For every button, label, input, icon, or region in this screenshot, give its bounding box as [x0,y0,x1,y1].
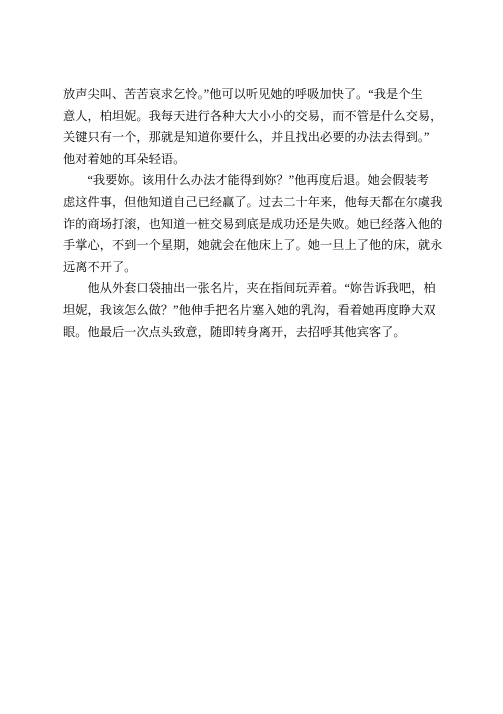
paragraph-2: “我要妳。该用什么办法才能得到妳？”他再度后退。她会假装考 虑这件事，但他知道自… [63,170,445,278]
text-line: “我要妳。该用什么办法才能得到妳？”他再度后退。她会假装考 [63,170,445,192]
text-line: 他从外套口袋抽出一张名片，夹在指间玩弄着。“妳告诉我吧，柏 [63,278,445,300]
text-line: 手掌心，不到一个星期，她就会在他床上了。她一旦上了他的床，就永 [63,235,445,257]
text-line: 坦妮，我该怎么做？”他伸手把名片塞入她的乳沟，看着她再度睁大双 [63,300,445,322]
text-line: 关键只有一个，那就是知道你要什么，并且找出必要的办法去得到。” [63,127,445,149]
text-line: 诈的商场打滚，也知道一桩交易到底是成功还是失败。她已经落入他的 [63,214,445,236]
paragraph-1: 放声尖叫、苦苦哀求乞怜。”他可以听见她的呼吸加快了。“我是个生 意人，柏坦妮。我… [63,84,445,170]
text-line: 意人，柏坦妮。我每天进行各种大大小小的交易，而不管是什么交易， [63,106,445,128]
text-block: 放声尖叫、苦苦哀求乞怜。”他可以听见她的呼吸加快了。“我是个生 意人，柏坦妮。我… [63,84,445,343]
text-line: 放声尖叫、苦苦哀求乞怜。”他可以听见她的呼吸加快了。“我是个生 [63,84,445,106]
text-line: 他对着她的耳朵轻语。 [63,149,445,171]
text-line: 远离不开了。 [63,257,445,279]
paragraph-3: 他从外套口袋抽出一张名片，夹在指间玩弄着。“妳告诉我吧，柏 坦妮，我该怎么做？”… [63,278,445,343]
document-page: 放声尖叫、苦苦哀求乞怜。”他可以听见她的呼吸加快了。“我是个生 意人，柏坦妮。我… [0,0,503,714]
text-line: 眼。他最后一次点头致意，随即转身离开，去招呼其他宾客了。 [63,322,445,344]
text-line: 虑这件事，但他知道自己已经赢了。过去二十年来，他每天都在尔虞我 [63,192,445,214]
